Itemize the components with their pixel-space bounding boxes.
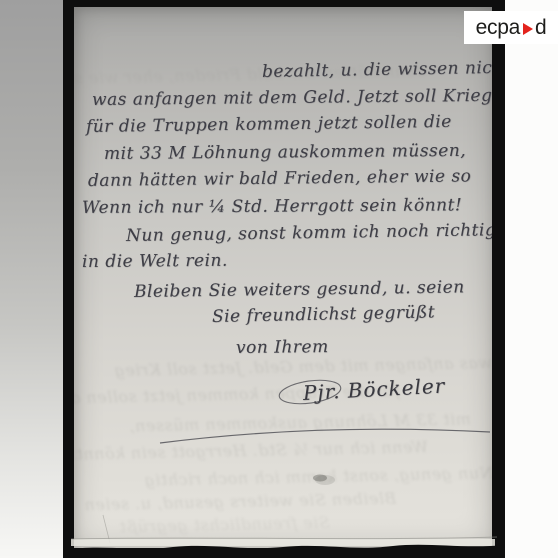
- bleedthrough-line: mit 33 M Löhnung auskommen müssen,: [129, 411, 471, 434]
- letter-line: Wenn ich nur ¼ Std. Herrgott sein könnt!: [82, 197, 462, 217]
- letter-line: mit 33 M Löhnung auskommen müssen,: [104, 143, 466, 163]
- letter-line: was anfangen mit dem Geld. Jetzt soll Kr…: [92, 88, 492, 109]
- letter-line: bezahlt, u. die wissen nichts: [262, 59, 492, 81]
- letter-closing-line: Sie freundlichst gegrüßt: [212, 304, 436, 326]
- watermark-text-left: ecpa: [476, 16, 520, 40]
- signature: Pjr. Böckeler: [302, 376, 445, 403]
- letter-closing-line: von Ihrem: [236, 339, 329, 357]
- scan-right-margin: [505, 0, 558, 558]
- scan-left-margin: [0, 0, 63, 558]
- watermark-text-right: d: [535, 16, 546, 40]
- letter-line: dann hätten wir bald Frieden, eher wie s…: [88, 168, 472, 190]
- letter-closing-line: Bleiben Sie weiters gesund, u. seien: [134, 279, 465, 301]
- bleedthrough-line: Bleiben Sie weiters gesund, u. seien: [84, 491, 397, 514]
- letter-line: in die Welt rein.: [82, 253, 228, 271]
- letter-line: für die Truppen kommen jetzt sollen die: [86, 114, 452, 136]
- ecpad-watermark: ecpa d: [464, 11, 558, 44]
- bleedthrough-line: Wenn ich nur ¼ Std. Herrgott sein könnt!: [74, 439, 428, 463]
- photo-frame: dann hätten wir bald Frieden, eher wie s…: [63, 0, 505, 558]
- red-play-triangle-icon: [523, 23, 533, 35]
- letter-page: dann hätten wir bald Frieden, eher wie s…: [74, 7, 492, 548]
- letter-line: Nun genug, sonst komm ich noch richtig: [126, 222, 492, 245]
- bleedthrough-line: Nun genug, sonst komm ich noch richtig: [144, 465, 492, 488]
- bleedthrough-line: Sie freundlichst gegrüßt: [119, 515, 330, 535]
